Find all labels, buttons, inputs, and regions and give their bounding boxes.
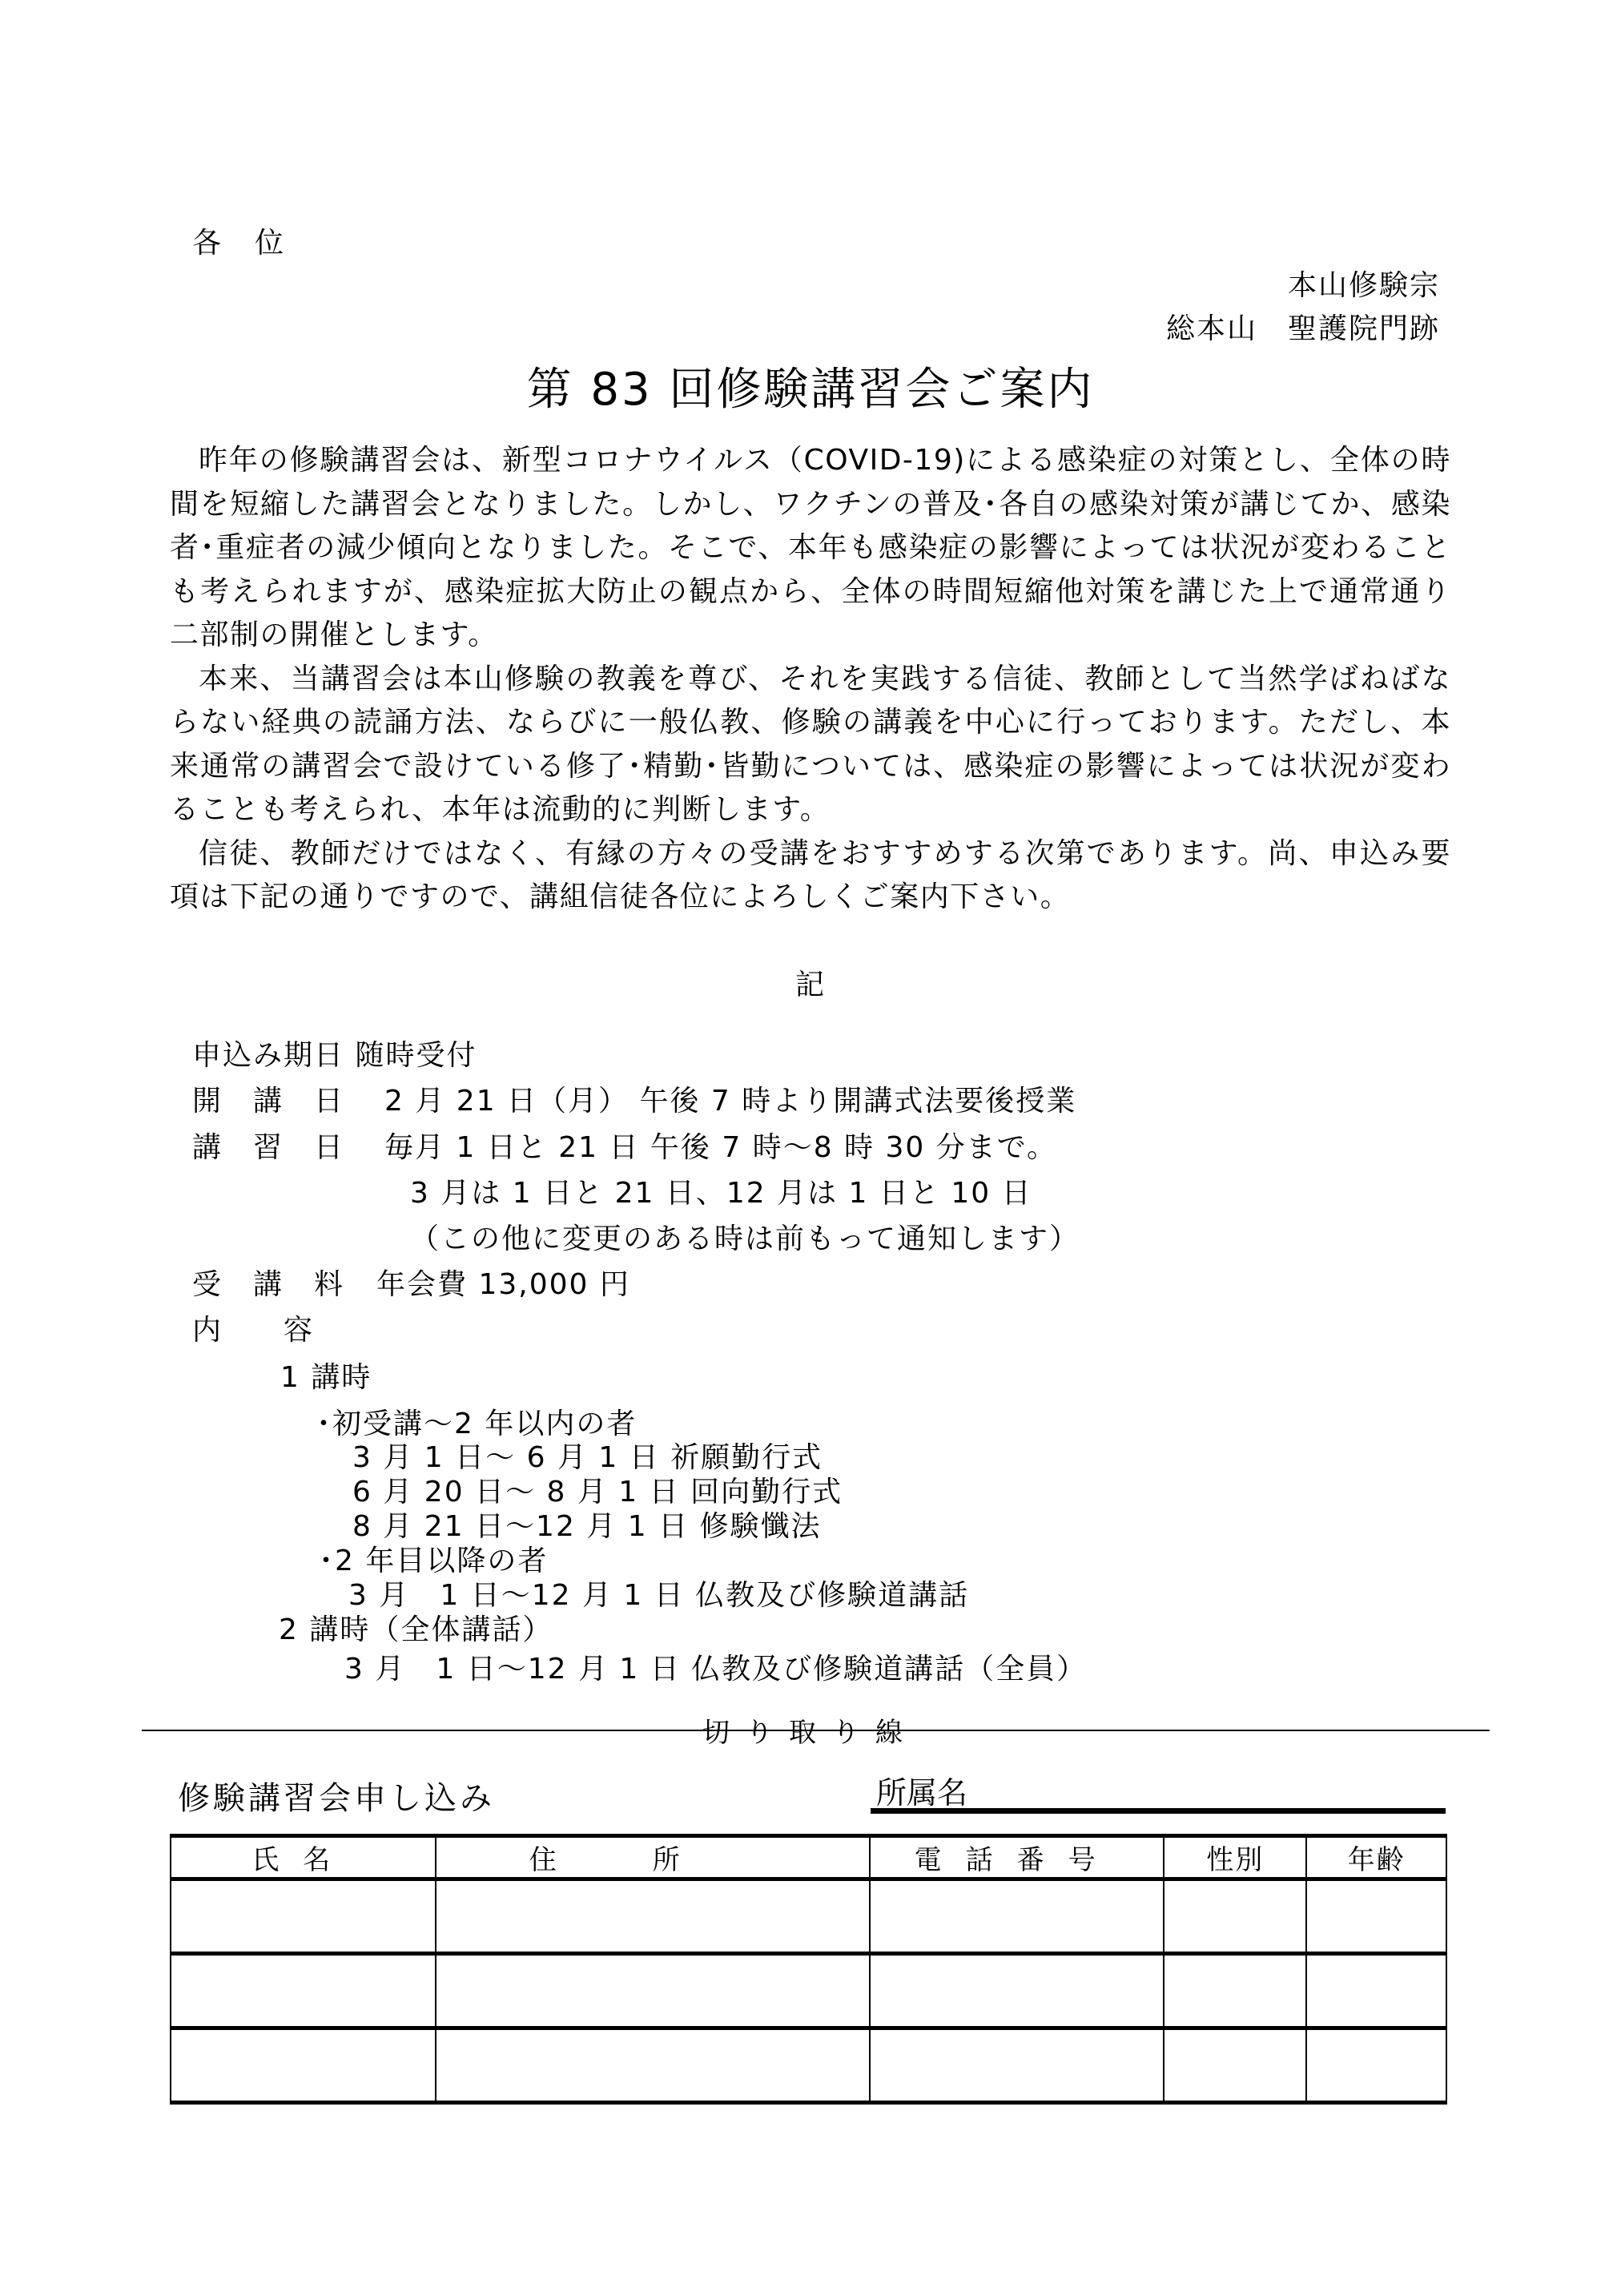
application-deadline-value: 随時受付	[355, 1039, 477, 1072]
phone-cell[interactable]	[870, 1954, 1164, 2028]
addressee-char-1: 各	[192, 227, 223, 260]
phone-cell[interactable]	[870, 1879, 1164, 1954]
age-cell[interactable]	[1306, 2028, 1446, 2103]
name-cell[interactable]	[171, 1879, 436, 1954]
form-title: 修験講習会申し込み	[178, 1773, 495, 1819]
table-header-row: 氏名 住所 電話番号 性別 年齢	[171, 1836, 1446, 1879]
gender-cell[interactable]	[1164, 1879, 1306, 1954]
application-deadline-row: 申込み期日 随時受付	[192, 1040, 477, 1072]
affiliation-label: 所属名	[876, 1768, 967, 1812]
lecture-days-note-1: 3 月は 1 日と 21 日、12 月は 1 日と 10 日	[410, 1178, 1032, 1210]
column-header-name: 氏名	[171, 1836, 436, 1879]
schedule-item: 8 月 21 日〜12 月 1 日 修験懺法	[352, 1511, 822, 1543]
lecture-days-value: 毎月 1 日と 21 日 午後 7 時〜8 時 30 分まで。	[384, 1131, 1057, 1164]
age-cell[interactable]	[1306, 1954, 1446, 2028]
column-header-gender: 性別	[1164, 1836, 1306, 1879]
opening-day-label: 開 講 日	[192, 1086, 384, 1118]
session-2-title: 2 講時（全体講話）	[279, 1614, 553, 1646]
address-cell[interactable]	[436, 2028, 870, 2103]
schedule-item: 6 月 20 日〜 8 月 1 日 回向勤行式	[352, 1476, 843, 1509]
opening-day-value: 2 月 21 日（月） 午後 7 時より開講式法要後授業	[384, 1085, 1076, 1118]
body-text: 昨年の修験講習会は、新型コロナウイルス（COVID-19)による感染症の対策とし…	[170, 439, 1451, 920]
address-cell[interactable]	[436, 1879, 870, 1954]
lecture-days-note-2: （この他に変更のある時は前もって通知します）	[410, 1223, 1080, 1255]
name-cell[interactable]	[171, 1954, 436, 2028]
column-header-age: 年齢	[1306, 1836, 1446, 1879]
address-cell[interactable]	[436, 1954, 870, 2028]
sender-line-1: 本山修験宗	[1288, 270, 1440, 302]
table-row	[171, 1954, 1446, 2028]
paragraph-2: 本来、当講習会は本山修験の教義を尊び、それを実践する信徒、教師として当然学ばねば…	[170, 658, 1451, 832]
application-deadline-label: 申込み期日	[192, 1039, 344, 1072]
schedule-item: 3 月 1 日〜12 月 1 日 仏教及び修験道講話	[348, 1580, 969, 1612]
gender-cell[interactable]	[1164, 1954, 1306, 2028]
affiliation-field[interactable]	[871, 1808, 1446, 1814]
phone-cell[interactable]	[870, 2028, 1164, 2103]
application-table: 氏名 住所 電話番号 性別 年齢	[170, 1834, 1447, 2105]
addressee-char-2: 位	[255, 227, 285, 260]
table-row	[171, 1879, 1446, 1954]
gender-cell[interactable]	[1164, 2028, 1306, 2103]
fee-row: 受 講 料年会費 13,000 円	[192, 1269, 630, 1301]
fee-label: 受 講 料	[192, 1269, 376, 1301]
group-2-title: ･2 年目以降の者	[319, 1545, 548, 1577]
cut-line-label: 切り取り線	[0, 1710, 1621, 1750]
group-1-title: ･初受講〜2 年以内の者	[316, 1408, 637, 1440]
name-cell[interactable]	[171, 2028, 436, 2103]
lecture-days-label: 講 習 日	[192, 1132, 384, 1164]
lecture-days-row: 講 習 日毎月 1 日と 21 日 午後 7 時〜8 時 30 分まで。	[192, 1132, 1057, 1164]
opening-day-row: 開 講 日2 月 21 日（月） 午後 7 時より開講式法要後授業	[192, 1086, 1076, 1118]
addressee: 各位	[192, 228, 317, 260]
paragraph-3: 信徒、教師だけではなく、有縁の方々の受講をおすすめする次第であります。尚、申込み…	[170, 832, 1451, 920]
document-title: 第 83 回修験講習会ご案内	[0, 365, 1621, 416]
table-row	[171, 2028, 1446, 2103]
ki-heading: 記	[0, 969, 1621, 1001]
sender-line-2: 総本山 聖護院門跡	[1166, 313, 1440, 345]
column-header-address: 住所	[436, 1836, 870, 1879]
schedule-item: 3 月 1 日〜12 月 1 日 仏教及び修験道講話（全員）	[344, 1654, 1087, 1686]
age-cell[interactable]	[1306, 1879, 1446, 1954]
schedule-item: 3 月 1 日〜 6 月 1 日 祈願勤行式	[352, 1442, 823, 1474]
column-header-phone: 電話番号	[870, 1836, 1164, 1879]
content-label: 内 容	[192, 1315, 314, 1347]
paragraph-1: 昨年の修験講習会は、新型コロナウイルス（COVID-19)による感染症の対策とし…	[170, 439, 1451, 658]
session-1-title: 1 講時	[280, 1362, 372, 1394]
fee-value: 年会費 13,000 円	[376, 1268, 630, 1301]
